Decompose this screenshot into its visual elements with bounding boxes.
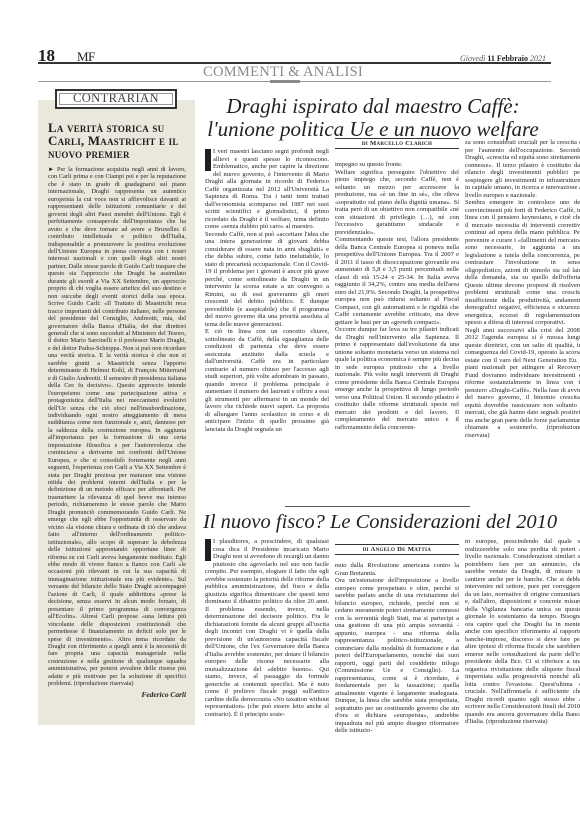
- article-2-headline: Il nuovo fisco? Le Considerazioni del 20…: [203, 511, 548, 534]
- article-1-column-1: I veri maestri lasciano segni profondi n…: [205, 148, 329, 433]
- paragraph: I veri maestri lasciano segni profondi n…: [205, 148, 329, 231]
- section-title: COMMENTI & ANALISI: [203, 64, 363, 81]
- sidebar-byline: Federico Carli: [43, 690, 190, 699]
- bullet-arrow-icon: ►: [48, 166, 54, 173]
- paragraph: impegno su questo fronte.: [335, 161, 459, 169]
- drop-cap: [205, 539, 211, 561]
- sidebar-body: ► Per la formazione acquisita negli anni…: [43, 166, 190, 688]
- headline-line-1: Draghi ispirato dal maestro Caffè:: [203, 95, 543, 118]
- contrarian-sidebar: La verità storica su Carli, Maastricht e…: [38, 100, 195, 725]
- paragraph: nuto dalla Rivoluzione americana contro …: [335, 562, 459, 577]
- sidebar-headline: La verità storica su Carli, Maastricht e…: [43, 121, 190, 160]
- drop-cap: [205, 149, 211, 171]
- sidebar-text: Per la formazione acquisita negli anni d…: [48, 166, 186, 687]
- paragraph: E ciò in linea con un concetto chiave, s…: [205, 328, 329, 433]
- contrarian-badge: CONTRARIAN: [55, 89, 177, 109]
- paragraph: Negli anni successivi alla crisi del 200…: [465, 327, 580, 440]
- paragraph: Ora un'estensione dell'imposizione a liv…: [335, 577, 459, 735]
- article-1-column-2: impegno su questo fronte. Welfare signif…: [335, 161, 459, 431]
- paragraph: I plauditores, a prescindere, di qualsia…: [205, 538, 329, 718]
- article-1-column-3: za sono considerati cruciali per la cres…: [465, 139, 580, 439]
- section-accent-rule: [270, 80, 300, 83]
- article-2-column-3: ni europee, prescindendo dal quale si re…: [465, 538, 580, 726]
- paragraph: Sembra emergere in controluce uno dei co…: [465, 199, 580, 327]
- article-1-headline: Draghi ispirato dal maestro Caffè: l'uni…: [203, 95, 543, 141]
- article-2-column-2: nuto dalla Rivoluzione americana contro …: [335, 562, 459, 735]
- paragraph: za sono considerati cruciali per la cres…: [465, 139, 580, 199]
- paragraph: Secondo Caffè, non si può «accettare l'i…: [205, 231, 329, 329]
- article-divider: [285, 506, 470, 507]
- article-1-byline: di Marcello Clarich: [335, 138, 459, 149]
- paragraph: Commentando queste tesi, l'allora presid…: [335, 236, 459, 326]
- paragraph: Welfare significa perseguire l'obiettivo…: [335, 169, 459, 237]
- article-2-column-1: I plauditores, a prescindere, di qualsia…: [205, 538, 329, 718]
- article-2-byline: di Angelo De Mattia: [335, 544, 459, 555]
- paragraph: Occorre dunque far leva su tre pilastri …: [335, 326, 459, 431]
- paragraph: ni europee, prescindendo dal quale si re…: [465, 538, 580, 725]
